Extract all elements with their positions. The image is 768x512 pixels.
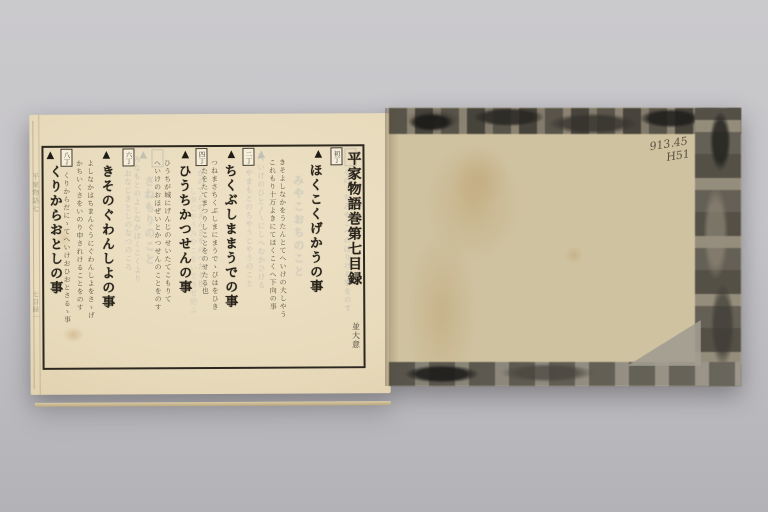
bleed-text-column: へいけのひと〳〵にしへむかひける	[255, 155, 267, 355]
entry-title: きそのぐわんしよの事	[97, 164, 117, 349]
entry-note: ひうちが城にげんじのせいたてこもりて	[163, 159, 174, 357]
bleed-text-column: みやこおちのこと	[290, 174, 307, 349]
page-label-box: 初丁	[330, 147, 342, 165]
bleed-page-label-box	[151, 149, 163, 167]
bleed-text-column: しゆじやうみやこをいでさせ給ふ	[188, 187, 200, 387]
water-stain	[449, 148, 509, 208]
left-page: 平家物語七 七目録一 平家物語巻第七目録 並大意 初丁 ▲ ほくこくげかうの事 …	[29, 113, 390, 395]
bleed-page-label-box	[344, 148, 356, 166]
cover-cloth-right-edge	[695, 108, 741, 386]
entry-title: ちくぶしままうでの事	[220, 164, 240, 349]
margin-handwriting: 平家物語七	[31, 173, 42, 283]
entry-note: くりからだにゝてへいけおひおとさるゝ事	[62, 172, 73, 354]
entry-note: よしなかはちまんぐうにぐわんしよをさゝげ	[86, 160, 97, 358]
bleed-text-column: そのゝちみやこへのぼりける事をのす	[342, 168, 354, 368]
hashira-label: 七目録一	[31, 291, 40, 361]
entry-marker-icon: ▲	[46, 150, 54, 162]
entry-note: これもり十万よきにてほくこくへ下向の事	[268, 159, 279, 357]
entry-note: つねまさちくぶしまにまうでゝびはをひき	[210, 159, 221, 357]
right-page-inner-cover: 913.45 H51	[389, 108, 741, 386]
cover-dark-blotch	[405, 110, 461, 130]
entry-note: きそよしなかをうたんとてへいけの大しやう	[278, 159, 289, 357]
entry-title: ほくこくげかうの事	[305, 163, 325, 348]
open-book: 平家物語七 七目録一 平家物語巻第七目録 並大意 初丁 ▲ ほくこくげかうの事 …	[28, 106, 742, 398]
entry-marker-icon: ▲	[314, 148, 322, 160]
entry-marker-icon: ▲	[227, 149, 235, 161]
stain-spot	[565, 246, 583, 264]
entry-marker-icon: ▲	[181, 149, 189, 161]
gutter-shadow	[385, 108, 399, 386]
text-frame: 平家物語巻第七目録 並大意 初丁 ▲ ほくこくげかうの事 きそよしなかをうたんと…	[41, 144, 365, 370]
entry-marker-icon: ▲	[102, 150, 110, 162]
photo-background: 平家物語七 七目録一 平家物語巻第七目録 並大意 初丁 ▲ ほくこくげかうの事 …	[0, 0, 768, 512]
bleed-text-column: やまもとのちやうじやうのこと	[244, 169, 256, 369]
entry-note: かちいくさをいのり申されけることをのす	[75, 160, 86, 358]
page-label-box: 二丁	[242, 148, 254, 166]
page-stack-edge	[35, 401, 391, 407]
page-label-box: 四丁	[195, 148, 207, 166]
bleed-text-column: おなじきとしのなつのころ	[123, 169, 135, 369]
